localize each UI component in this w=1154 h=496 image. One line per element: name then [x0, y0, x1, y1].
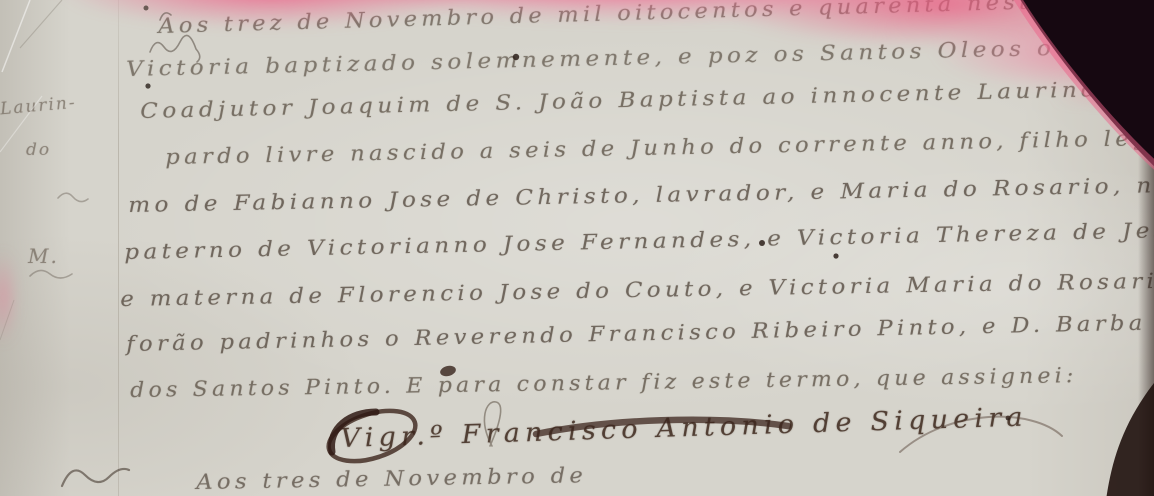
- margin-rule-line: [118, 0, 119, 496]
- record-line-7: e materna de Florencio Jose do Couto, e …: [120, 269, 1154, 311]
- margin-note-m: M.: [28, 244, 59, 268]
- pink-stain-left-edge: [0, 250, 16, 345]
- record-line-3: Coadjutor Joaquim de S. João Baptista ao…: [140, 77, 1119, 123]
- bottom-right-edge-dark: [1106, 378, 1154, 496]
- next-record-first-line: Aos tres de Novembro de: [196, 463, 587, 494]
- record-line-6: paterno de Victorianno Jose Fernandes, e…: [124, 217, 1154, 264]
- record-line-8: forão padrinhos o Reverendo Francisco Ri…: [126, 311, 1147, 356]
- right-edge-shadow: [1138, 0, 1154, 496]
- record-line-9: dos Santos Pinto. E para constar fiz est…: [130, 363, 1078, 402]
- margin-entry-name-part1: Laurin-: [0, 93, 77, 120]
- record-line-1: Aos trez de Novembro de mil oitocentos e…: [158, 0, 1154, 38]
- record-line-2: Victoria baptizado solemnemente, e poz o…: [126, 32, 1154, 81]
- record-line-5: mo de Fabianno Jose de Christo, lavrador…: [128, 172, 1154, 217]
- left-edge-crease: [0, 0, 62, 340]
- priest-signature: Vigr.º Francisco Antonio de Siqueira: [340, 402, 1028, 454]
- ink-doodle-top-left: [30, 6, 200, 279]
- manuscript-page: Aos trez de Novembro de mil oitocentos e…: [0, 0, 1154, 496]
- record-line-4: pardo livre nascido a seis de Junho do c…: [165, 125, 1154, 169]
- margin-entry-name-part2: do: [26, 140, 51, 160]
